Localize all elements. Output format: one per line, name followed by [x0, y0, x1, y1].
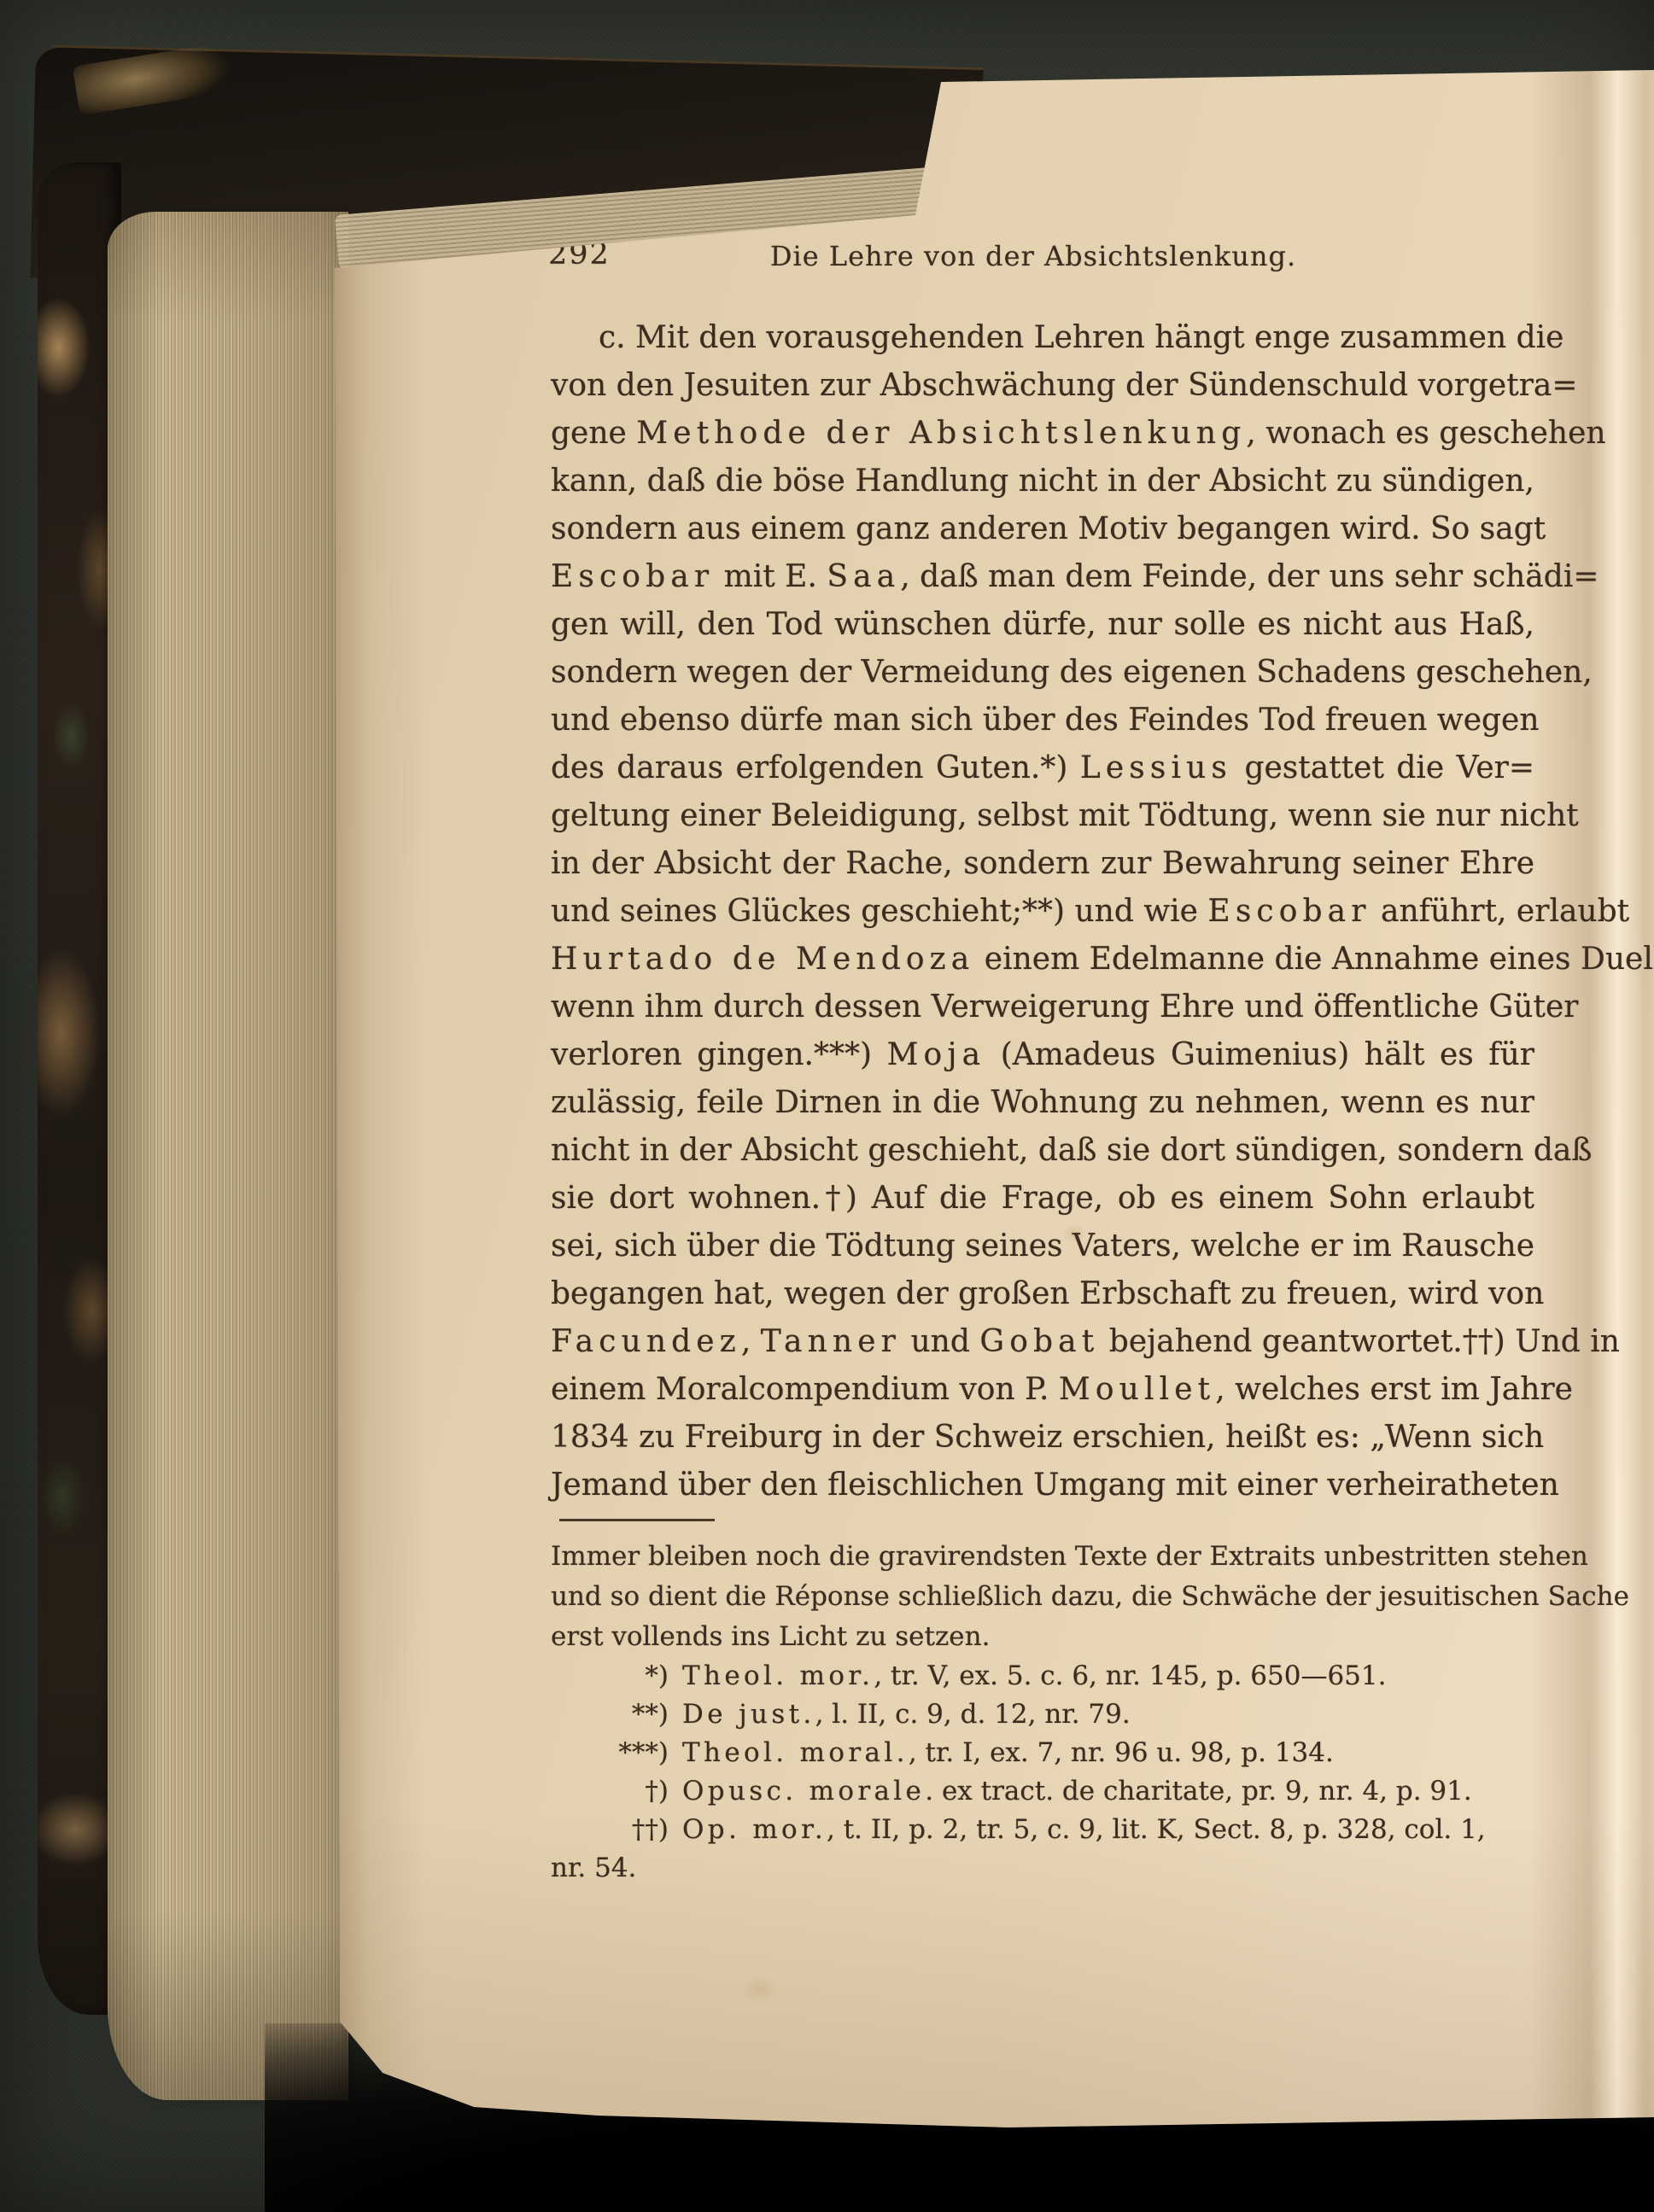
body-line: Escobar mit E. Saa, daß man dem Feinde, … [551, 553, 1534, 601]
text-segment: Theol. mor. [682, 1660, 874, 1691]
footnote-separator-rule [559, 1519, 715, 1521]
text-segment: sondern aus einem ganz anderen Motiv beg… [551, 511, 1546, 546]
body-line: gen will, den Tod wünschen dürfe, nur so… [551, 601, 1534, 649]
body-line: wenn ihm durch dessen Verweigerung Ehre … [551, 983, 1534, 1031]
body-line: sei, sich über die Tödtung seines Vaters… [551, 1223, 1534, 1270]
text-segment: anführt, erlaubt [1371, 894, 1630, 929]
text-segment: 1834 zu Freiburg in der Schweiz erschien… [551, 1420, 1544, 1455]
footnote-entry: ††)Op. mor., t. II, p. 2, tr. 5, c. 9, l… [551, 1811, 1541, 1849]
text-segment: bejahend geantwortet.††) Und in [1099, 1324, 1620, 1359]
text-segment: mit E. [714, 559, 827, 594]
text-segment: Lessius [1080, 750, 1232, 785]
footnote-entry: ***)Theol. moral., tr. I, ex. 7, nr. 96 … [551, 1734, 1541, 1772]
body-line: sie dort wohnen.†) Auf die Frage, ob es … [551, 1175, 1534, 1223]
body-line: Facundez, Tanner und Gobat bejahend gean… [551, 1318, 1534, 1366]
running-header: Die Lehre von der Absichtslenkung. [769, 237, 1298, 275]
text-segment: und [901, 1324, 979, 1359]
footnote-continuation-line: erst vollends ins Licht zu setzen. [551, 1617, 1534, 1657]
footnote-continuation-line: und so dient die Réponse schließlich daz… [551, 1577, 1534, 1617]
text-segment: , daß man dem Feinde, der uns sehr schäd… [900, 559, 1598, 594]
text-segment: einem Moralcompendium von P. [551, 1372, 1059, 1407]
text-segment: Moullet [1059, 1372, 1215, 1407]
text-segment: Hurtado de Mendoza [551, 942, 974, 977]
text-segment: , t. II, p. 2, tr. 5, c. 9, lit. K, Sect… [827, 1814, 1486, 1845]
body-line: des daraus erfolgenden Guten.*) Lessius … [551, 744, 1534, 792]
text-segment: einem Edelmanne die Annahme eines Duells… [974, 942, 1654, 977]
footnote-marker: ***) [551, 1734, 682, 1772]
text-segment: De just. [682, 1699, 815, 1730]
text-segment: , tr. V, ex. 5. c. 6, nr. 145, p. 650—65… [874, 1660, 1386, 1691]
text-segment: , l. II, c. 9, d. 12, nr. 79. [815, 1699, 1131, 1730]
body-line: Jemand über den fleischlichen Umgang mit… [551, 1462, 1534, 1509]
text-segment: gen will, den Tod wünschen dürfe, nur so… [551, 607, 1534, 642]
text-segment: von den Jesuiten zur Abschwächung der Sü… [551, 368, 1578, 403]
text-segment: Theol. moral. [682, 1737, 909, 1768]
text-segment: Jemand über den fleischlichen Umgang mit… [551, 1468, 1559, 1503]
text-segment: Saa [827, 559, 900, 594]
footnote-entry: *)Theol. mor., tr. V, ex. 5. c. 6, nr. 1… [551, 1657, 1541, 1695]
text-segment: und seines Glückes geschieht;**) und wie [551, 894, 1207, 929]
body-line: 1834 zu Freiburg in der Schweiz erschien… [551, 1414, 1534, 1462]
body-line: kann, daß die böse Handlung nicht in der… [551, 458, 1534, 505]
body-line: in der Absicht der Rache, sondern zur Be… [551, 840, 1534, 888]
footnote-marker: †) [551, 1772, 682, 1811]
footnote-continuation-block: Immer bleiben noch die gravirendsten Tex… [551, 1537, 1534, 1657]
text-segment: kann, daß die böse Handlung nicht in der… [551, 464, 1534, 499]
text-segment: wenn ihm durch dessen Verweigerung Ehre … [551, 989, 1578, 1024]
body-text-block: c. Mit den vorausgehenden Lehren hängt e… [551, 314, 1534, 1509]
body-line: und seines Glückes geschieht;**) und wie… [551, 888, 1534, 936]
text-segment: Escobar [551, 559, 714, 594]
text-segment: gestattet die Ver= [1232, 750, 1534, 785]
text-segment: des daraus erfolgenden Guten.*) [551, 750, 1080, 785]
text-segment: Tanner [761, 1324, 901, 1359]
footnote-entry: **)De just., l. II, c. 9, d. 12, nr. 79. [551, 1695, 1541, 1734]
body-line: Hurtado de Mendoza einem Edelmanne die A… [551, 936, 1534, 983]
footnote-list: *)Theol. mor., tr. V, ex. 5. c. 6, nr. 1… [551, 1657, 1541, 1849]
text-segment: sondern wegen der Vermeidung des eigenen… [551, 655, 1593, 690]
body-line: von den Jesuiten zur Abschwächung der Sü… [551, 362, 1534, 410]
text-segment: Op. mor. [682, 1814, 827, 1845]
text-segment: Moja [887, 1037, 986, 1072]
text-segment: , tr. I, ex. 7, nr. 96 u. 98, p. 134. [909, 1737, 1334, 1768]
body-line: sondern wegen der Vermeidung des eigenen… [551, 649, 1534, 697]
text-segment: Methode der Absichtslenkung [636, 416, 1246, 451]
text-segment: (Amadeus Guimenius) hält es für [985, 1037, 1534, 1072]
footnote-marker: ††) [551, 1811, 682, 1849]
text-segment: zulässig, feile Dirnen in die Wohnung zu… [551, 1085, 1534, 1120]
text-segment: Escobar [1207, 894, 1371, 929]
body-line: einem Moralcompendium von P. Moullet, we… [551, 1366, 1534, 1414]
text-segment: , wonach es geschehen [1246, 416, 1605, 451]
body-line: verloren gingen.***) Moja (Amadeus Guime… [551, 1031, 1534, 1079]
body-line: zulässig, feile Dirnen in die Wohnung zu… [551, 1079, 1534, 1127]
body-line: sondern aus einem ganz anderen Motiv beg… [551, 505, 1534, 553]
text-segment: begangen hat, wegen der großen Erbschaft… [551, 1276, 1544, 1311]
text-segment: gene [551, 416, 636, 451]
text-segment: c. Mit den vorausgehenden Lehren hängt e… [599, 320, 1563, 355]
text-segment: . ex tract. de charitate, pr. 9, nr. 4, … [925, 1776, 1471, 1806]
body-line: begangen hat, wegen der großen Erbschaft… [551, 1270, 1534, 1318]
footnote-continuation-line: Immer bleiben noch die gravirendsten Tex… [551, 1537, 1534, 1577]
text-segment: Facundez [551, 1324, 741, 1359]
text-segment: und ebenso dürfe man sich über des Feind… [551, 703, 1540, 738]
footnote-entry: †)Opusc. morale. ex tract. de charitate,… [551, 1772, 1541, 1811]
text-segment: sei, sich über die Tödtung seines Vaters… [551, 1229, 1534, 1264]
footnote-marker: **) [551, 1695, 682, 1734]
text-segment: verloren gingen.***) [551, 1037, 887, 1072]
text-segment: geltung einer Beleidigung, selbst mit Tö… [551, 798, 1579, 833]
text-segment: in der Absicht der Rache, sondern zur Be… [551, 846, 1534, 881]
body-line: und ebenso dürfe man sich über des Feind… [551, 697, 1534, 744]
text-segment: , [741, 1324, 761, 1359]
text-segment: Gobat [979, 1324, 1099, 1359]
text-segment: Opusc. morale [682, 1776, 925, 1806]
fore-edge-page-stack [108, 212, 348, 2100]
text-segment: sie dort wohnen.†) Auf die Frage, ob es … [551, 1181, 1534, 1216]
text-segment: , welches erst im Jahre [1215, 1372, 1573, 1407]
photo-backdrop: 292 Die Lehre von der Absichtslenkung. c… [0, 0, 1654, 2212]
body-line: geltung einer Beleidigung, selbst mit Tö… [551, 792, 1534, 840]
text-segment: nicht in der Absicht geschieht, daß sie … [551, 1133, 1592, 1168]
body-line: nicht in der Absicht geschieht, daß sie … [551, 1127, 1534, 1175]
footnote-marker: *) [551, 1657, 682, 1695]
footnote-overflow-line: nr. 54. [551, 1849, 1063, 1888]
body-line: gene Methode der Absichtslenkung, wonach… [551, 410, 1534, 458]
body-line: c. Mit den vorausgehenden Lehren hängt e… [551, 314, 1534, 362]
